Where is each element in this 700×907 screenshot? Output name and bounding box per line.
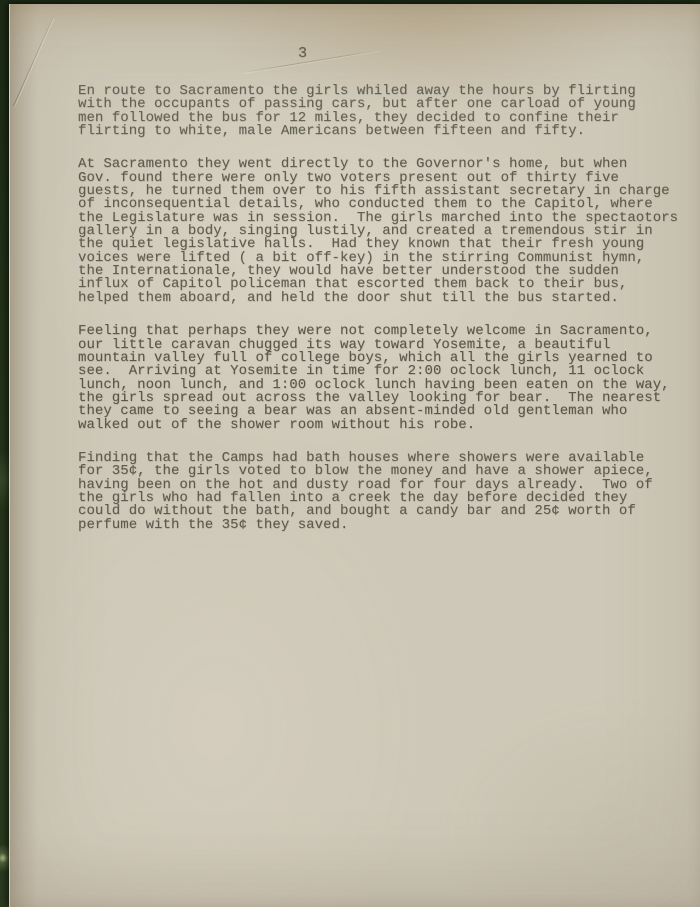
photo-background: 3 En route to Sacramento the girls while… — [0, 0, 700, 907]
paragraph-en-route: En route to Sacramento the girls whiled … — [78, 85, 683, 138]
corner-fold-crease — [13, 17, 53, 106]
paper-page: 3 En route to Sacramento the girls while… — [9, 4, 700, 907]
page-number: 3 — [298, 45, 307, 62]
paragraph-yosemite: Feeling that perhaps they were not compl… — [78, 325, 683, 432]
typewritten-text: En route to Sacramento the girls whiled … — [78, 85, 683, 552]
paragraph-bath-houses: Finding that the Camps had bath houses w… — [78, 452, 683, 532]
paragraph-at-sacramento: At Sacramento they went directly to the … — [78, 158, 683, 305]
page-crease — [243, 50, 379, 73]
